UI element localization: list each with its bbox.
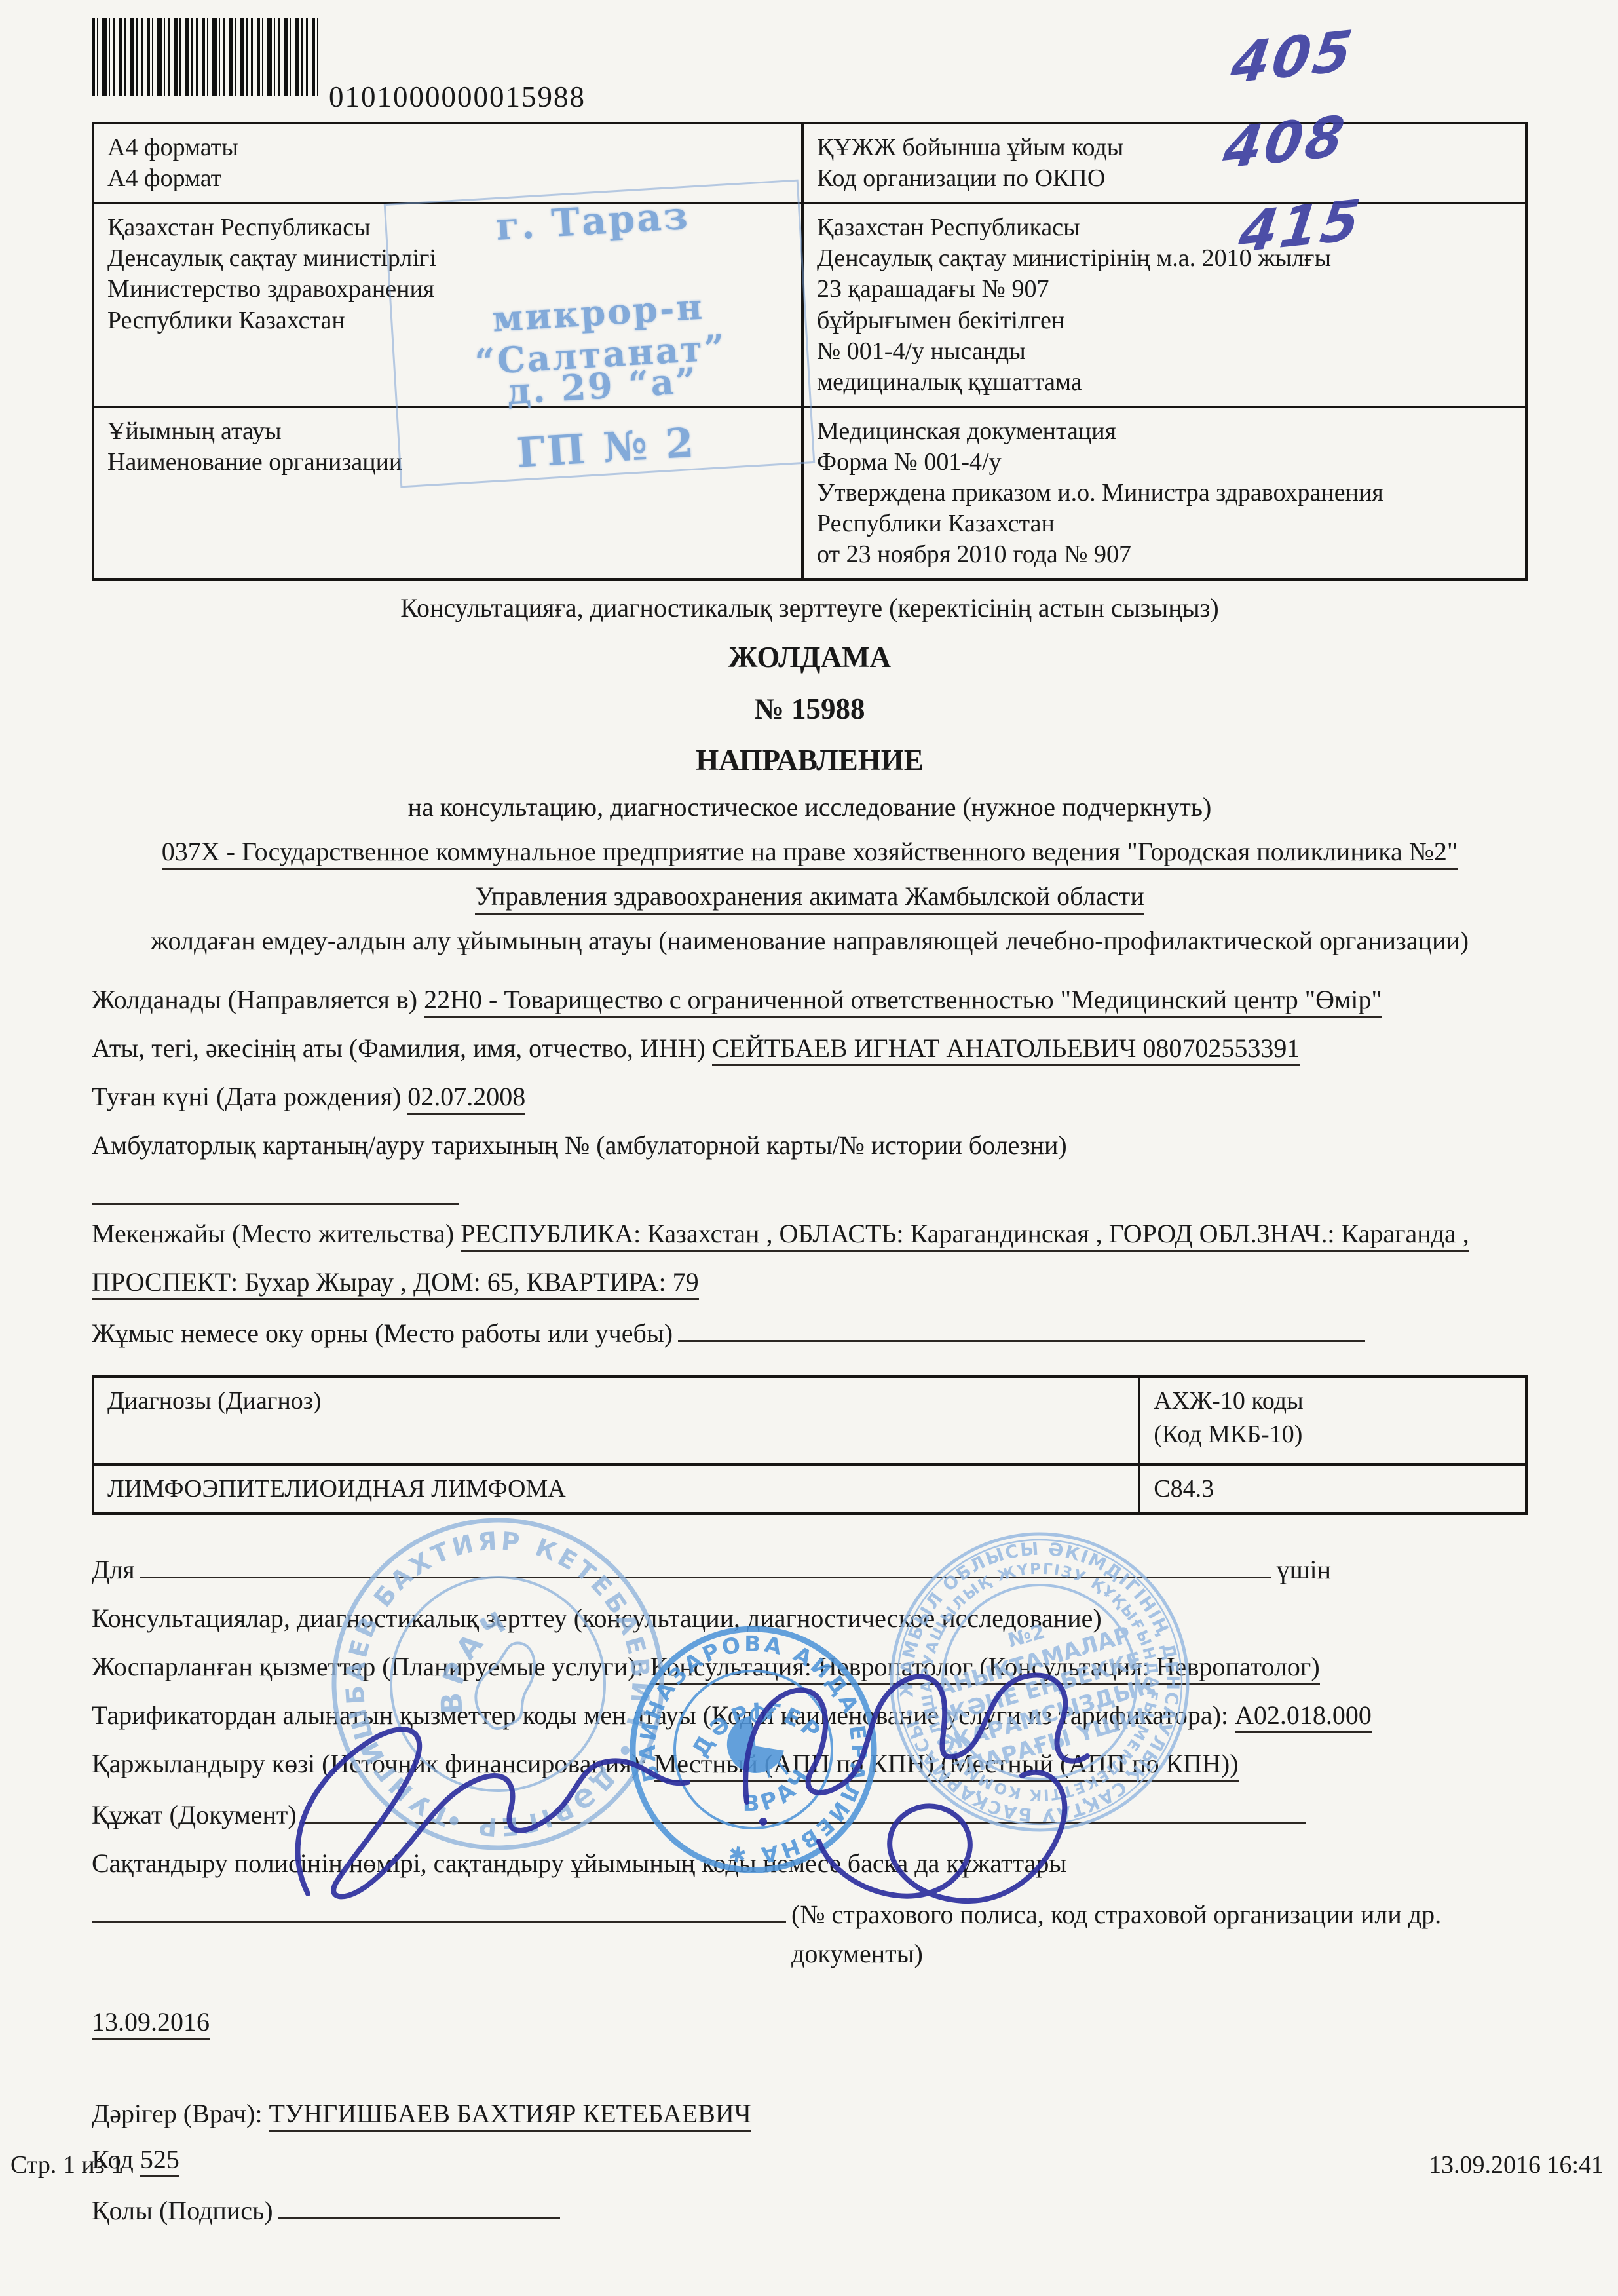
cell-form-ru: Медицинская документация Форма № 001-4/у… — [802, 407, 1526, 580]
scanned-referral-document: 405 408 415 г. Тараз микрор-н “Салтанат”… — [0, 0, 1618, 2296]
address-value-line1: РЕСПУБЛИКА: Казахстан , ОБЛАСТЬ: Караган… — [461, 1219, 1469, 1252]
work-place-blank — [678, 1311, 1365, 1342]
cell-okpo: ҚҰЖЖ бойынша ұйым коды Код организации п… — [802, 123, 1526, 203]
patient-name-value: СЕЙТБАЕВ ИГНАТ АНАТОЛЬЕВИЧ 080702553391 — [712, 1033, 1300, 1066]
icd-header: АХЖ-10 коды (Код МКБ-10) — [1139, 1377, 1526, 1464]
doctor1-signature — [297, 1729, 688, 1896]
organization-address-stamp: г. Тараз микрор-н “Салтанат” д. 29 “а” Г… — [384, 180, 816, 488]
signatures-overlay — [0, 1474, 1618, 2097]
directed-to-value: 22Н0 - Товарищество с ограниченной ответ… — [424, 985, 1382, 1018]
sending-org-line1: 037Х - Государственное коммунальное пред… — [162, 837, 1458, 870]
card-number-label: Амбулаторлық картаның/ауру тарихының № (… — [92, 1126, 1528, 1165]
title-joldama: ЖОЛДАМА — [92, 638, 1528, 677]
table-row: Диагнозы (Диагноз) АХЖ-10 коды (Код МКБ-… — [93, 1377, 1526, 1464]
address-label: Мекенжайы (Место жительства) — [92, 1219, 454, 1248]
title-caption-ru: на консультацию, диагностическое исследо… — [92, 790, 1528, 824]
handwritten-code-3: 415 — [1235, 187, 1366, 265]
work-place-label: Жұмыс немесе оку орны (Место работы или … — [92, 1314, 673, 1353]
barcode-number: 0101000000015988 — [329, 80, 586, 114]
header-table: А4 форматы А4 формат ҚҰЖЖ бойынша ұйым к… — [92, 122, 1528, 581]
doctor-name: ТУНГИШБАЕВ БАХТИЯР КЕТЕБАЕВИЧ — [269, 2099, 751, 2132]
birth-date-value: 02.07.2008 — [407, 1082, 525, 1115]
cell-order-kz: Қазахстан Республикасы Денсаулық сақтау … — [802, 203, 1526, 407]
title-napravlenie: НАПРАВЛЕНИЕ — [92, 741, 1528, 780]
print-timestamp: 13.09.2016 16:41 — [1429, 2151, 1604, 2179]
signature-ink-dot — [759, 1818, 767, 1826]
doctor-code-value: 525 — [140, 2145, 179, 2177]
handwritten-code-1: 405 — [1227, 18, 1358, 96]
signature-label: Қолы (Подпись) — [92, 2191, 273, 2230]
doctor2-signature-upper — [745, 1675, 1087, 1802]
doctor2-signature-lower — [819, 1772, 1064, 1901]
diagnosis-header: Диагнозы (Диагноз) — [93, 1377, 1139, 1464]
signature-blank — [278, 2189, 560, 2219]
title-caption-kz: Консультацияға, диагностикалық зерттеуге… — [92, 591, 1528, 625]
doctor-label: Дәрігер (Врач): — [92, 2099, 263, 2128]
sending-org-caption: жолдаған емдеу-алдын алу ұйымының атауы … — [92, 924, 1528, 958]
patient-name-label: Аты, тегі, әкесінің аты (Фамилия, имя, о… — [92, 1033, 706, 1063]
directed-to-label: Жолданады (Направляется в) — [92, 985, 417, 1014]
card-number-blank — [92, 1174, 459, 1205]
sending-org-line2: Управления здравоохранения акимата Жамбы… — [475, 881, 1144, 915]
title-number: № 15988 — [92, 690, 1528, 729]
page-counter: Стр. 1 из 1 — [10, 2151, 123, 2179]
birth-date-label: Туған күні (Дата рождения) — [92, 1082, 401, 1111]
address-value-line2: ПРОСПЕКТ: Бухар Жырау , ДОМ: 65, КВАРТИР… — [92, 1267, 699, 1300]
handwritten-code-2: 408 — [1219, 103, 1350, 182]
barcode-image — [92, 18, 320, 96]
